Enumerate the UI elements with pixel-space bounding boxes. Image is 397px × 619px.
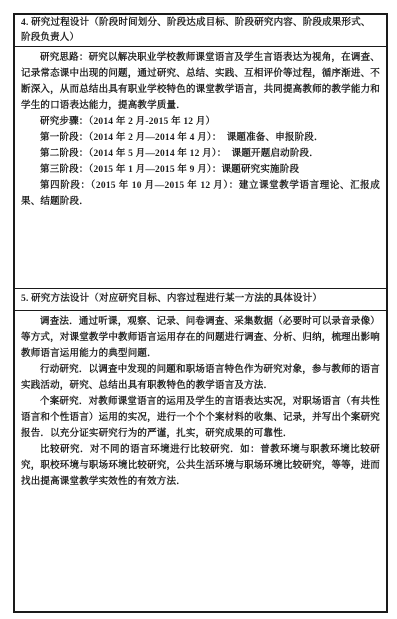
research-approach-paragraph: 研究思路：研究以解决职业学校教师课堂语言及学生言语表达为视角，在调查、记录常态课… <box>21 50 380 114</box>
section-4-header-cell: 4. 研究过程设计（阶段时间划分、阶段达成目标、阶段研究内容、阶段成果形式、阶段… <box>15 15 386 47</box>
research-plan-table: 4. 研究过程设计（阶段时间划分、阶段达成目标、阶段研究内容、阶段成果形式、阶段… <box>13 13 388 613</box>
action-research-paragraph: 行动研究．以调查中发现的问题和职场语言特色作为研究对象，参与教师的语言实践活动，… <box>21 362 380 394</box>
section-4-title: 4. 研究过程设计（阶段时间划分、阶段达成目标、阶段研究内容、阶段成果形式、阶段… <box>21 16 380 46</box>
section-5-content-cell: 调查法．通过听课，观察、记录、问卷调查、采集数据（必要时可以录音录像）等方式，对… <box>15 311 386 611</box>
comparative-study-paragraph: 比较研究．对不同的语言环境进行比较研究．如：普教环境与职教环境比较研究，职校环境… <box>21 442 380 490</box>
section-5-header-cell: 5. 研究方法设计（对应研究目标、内容过程进行某一方法的具体设计） <box>15 289 386 311</box>
section-4-content-cell: 研究思路：研究以解决职业学校教师课堂语言及学生言语表达为视角，在调查、记录常态课… <box>15 47 386 289</box>
case-study-paragraph: 个案研究．对教师课堂语言的运用及学生的言语表达实况，对职场语言（有共性语言和个性… <box>21 394 380 442</box>
survey-method-paragraph: 调查法．通过听课，观察、记录、问卷调查、采集数据（必要时可以录音录像）等方式，对… <box>21 314 380 362</box>
scanned-document-page: 4. 研究过程设计（阶段时间划分、阶段达成目标、阶段研究内容、阶段成果形式、阶段… <box>0 0 397 619</box>
stage-3-line: 第三阶段：（2015 年 1 月—2015 年 9 月）：课题研究实施阶段 <box>21 162 380 178</box>
research-steps-line: 研究步骤：（2014 年 2 月-2015 年 12 月） <box>21 114 380 130</box>
section-5-title: 5. 研究方法设计（对应研究目标、内容过程进行某一方法的具体设计） <box>21 292 380 307</box>
stage-4-line: 第四阶段：（2015 年 10 月—2015 年 12 月）：建立课堂教学语言理… <box>21 178 380 210</box>
stage-2-line: 第二阶段：（2014 年 5 月—2014 年 12 月）： 课题开题启动阶段． <box>21 146 380 162</box>
stage-1-line: 第一阶段：（2014 年 2 月—2014 年 4 月）： 课题准备、申报阶段． <box>21 130 380 146</box>
